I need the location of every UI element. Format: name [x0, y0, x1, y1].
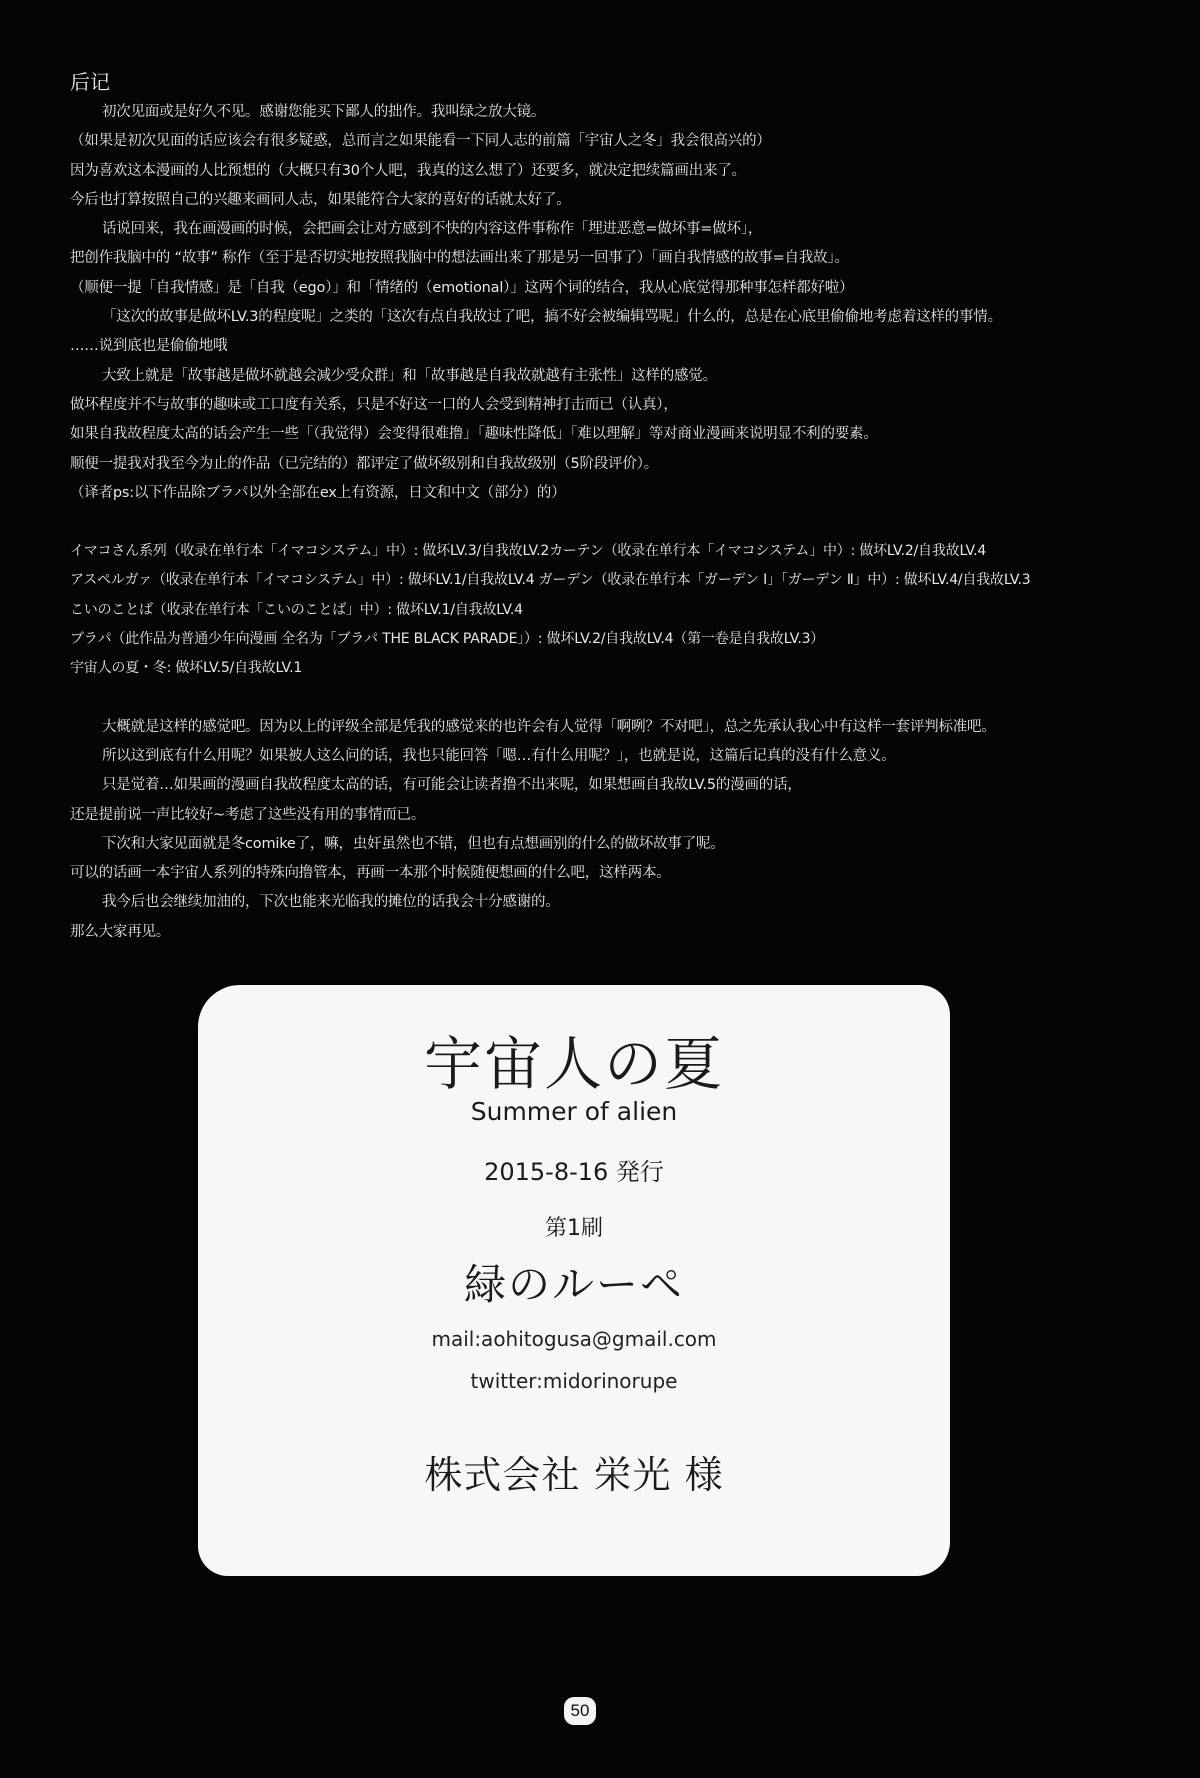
work-rating-item: ブラパ（此作品为普通少年向漫画 全名为「ブラパ THE BLACK PARADE… [70, 625, 1180, 654]
spacer [70, 684, 1180, 713]
work-rating-item: アスペルガァ（收录在单行本「イマコシステム」中）: 做坏LV.1/自我故LV.4… [70, 566, 1180, 595]
text-line: 大概就是这样的感觉吧。因为以上的评级全部是凭我的感觉来的也许会有人觉得「啊咧？不… [70, 713, 1180, 742]
publish-date: 2015-8-16 発行 [198, 1157, 950, 1187]
text-line: 我今后也会继续加油的，下次也能来光临我的摊位的话我会十分感谢的。 [70, 888, 1180, 917]
text-line: （如果是初次见面的话应该会有很多疑惑，总而言之如果能看一下同人志的前篇「宇宙人之… [70, 127, 1180, 156]
text-line: （译者ps:以下作品除ブラパ以外全部在ex上有资源，日文和中文（部分）的） [70, 479, 1180, 508]
text-line: 初次见面或是好久不见。感谢您能买下鄙人的拙作。我叫绿之放大镜。 [70, 98, 1180, 127]
text-line: （顺便一提「自我情感」是「自我（ego）」和「情绪的（emotional）」这两… [70, 274, 1180, 303]
works-rating-list: イマコさん系列（收录在单行本「イマコシステム」中）: 做坏LV.3/自我故LV.… [70, 537, 1180, 683]
text-line: 顺便一提我对我至今为止的作品（已完结的）都评定了做坏级别和自我故级别（5阶段评价… [70, 450, 1180, 479]
book-subtitle: Summer of alien [198, 1097, 950, 1127]
printer-company: 株式会社 栄光 様 [198, 1452, 950, 1498]
printing-edition: 第1刷 [198, 1215, 950, 1243]
text-line: 所以这到底有什么用呢？如果被人这么问的话，我也只能回答「嗯…有什么用呢？」，也就… [70, 742, 1180, 771]
text-line: ……说到底也是偷偷地哦 [70, 332, 1180, 361]
spacer [70, 508, 1180, 537]
text-line: 做坏程度并不与故事的趣味或工口度有关系，只是不好这一口的人会受到精神打击而已（认… [70, 391, 1180, 420]
work-rating-item: イマコさん系列（收录在单行本「イマコシステム」中）: 做坏LV.3/自我故LV.… [70, 537, 1180, 566]
text-line: 还是提前说一声比较好~考虑了这些没有用的事情而已。 [70, 801, 1180, 830]
text-line: 「这次的故事是做坏LV.3的程度呢」之类的「这次有点自我故过了吧，搞不好会被编辑… [70, 303, 1180, 332]
afterword-section: 后记 初次见面或是好久不见。感谢您能买下鄙人的拙作。我叫绿之放大镜。 （如果是初… [70, 68, 1180, 947]
text-line: 如果自我故程度太高的话会产生一些「（我觉得）会变得很难撸」「趣味性降低」「难以理… [70, 420, 1180, 449]
book-title: 宇宙人の夏 [198, 1031, 950, 1097]
circle-name: 緑のルーペ [198, 1260, 950, 1310]
afterword-body-part1: 初次见面或是好久不见。感谢您能买下鄙人的拙作。我叫绿之放大镜。 （如果是初次见面… [70, 98, 1180, 508]
text-line: 那么大家再见。 [70, 918, 1180, 947]
contact-twitter: twitter:midorinorupe [198, 1368, 950, 1394]
afterword-title: 后记 [70, 68, 1180, 96]
text-line: 把创作我脑中的 “故事” 称作（至于是否切实地按照我脑中的想法画出来了那是另一回… [70, 244, 1180, 273]
text-line: 可以的话画一本宇宙人系列的特殊向撸管本，再画一本那个时候随便想画的什么吧，这样两… [70, 859, 1180, 888]
text-line: 只是觉着…如果画的漫画自我故程度太高的话，有可能会让读者撸不出来呢，如果想画自我… [70, 771, 1180, 800]
contact-mail: mail:aohitogusa@gmail.com [198, 1326, 950, 1352]
afterword-body-part2: 大概就是这样的感觉吧。因为以上的评级全部是凭我的感觉来的也许会有人觉得「啊咧？不… [70, 713, 1180, 947]
text-line: 话说回来，我在画漫画的时候，会把画会让对方感到不快的内容这件事称作「埋进恶意=做… [70, 215, 1180, 244]
colophon-card: 宇宙人の夏 Summer of alien 2015-8-16 発行 第1刷 緑… [198, 985, 950, 1576]
work-rating-item: 宇宙人の夏・冬: 做坏LV.5/自我故LV.1 [70, 654, 1180, 683]
work-rating-item: こいのことば（收录在单行本「こいのことば」中）: 做坏LV.1/自我故LV.4 [70, 596, 1180, 625]
text-line: 今后也打算按照自己的兴趣来画同人志，如果能符合大家的喜好的话就太好了。 [70, 186, 1180, 215]
text-line: 因为喜欢这本漫画的人比预想的（大概只有30个人吧，我真的这么想了）还要多，就决定… [70, 157, 1180, 186]
page-number-badge: 50 [564, 1697, 596, 1725]
text-line: 大致上就是「故事越是做坏就越会减少受众群」和「故事越是自我故就越有主张性」这样的… [70, 362, 1180, 391]
text-line: 下次和大家见面就是冬comike了，嘛，虫奸虽然也不错，但也有点想画别的什么的做… [70, 830, 1180, 859]
